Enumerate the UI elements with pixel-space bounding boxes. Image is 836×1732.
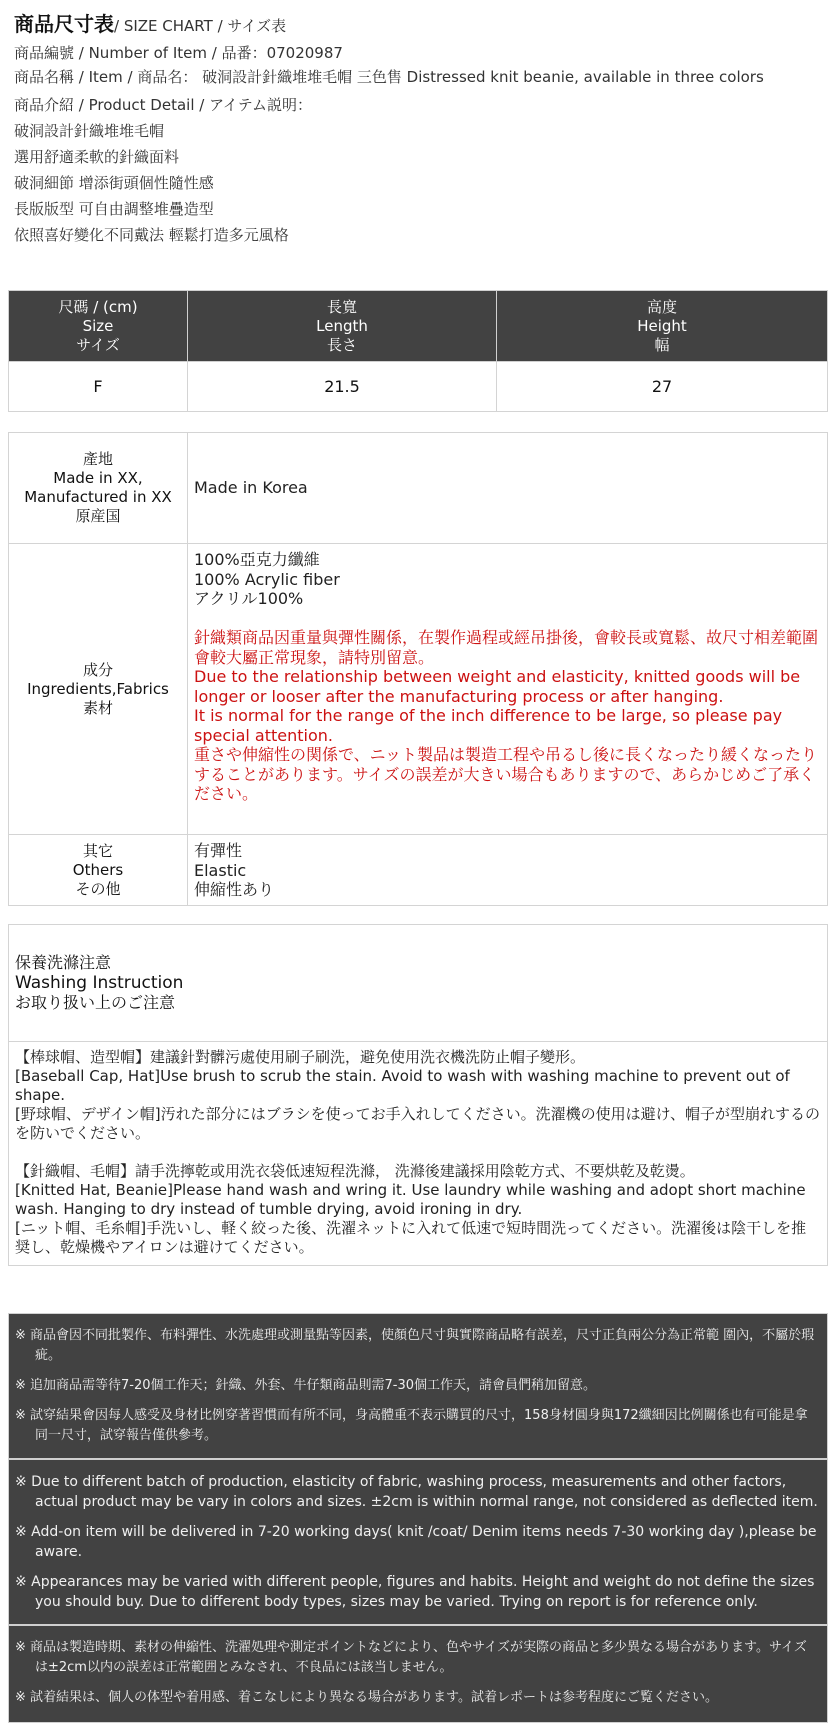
detail-line: 依照喜好變化不同戴法 輕鬆打造多元風格	[14, 222, 824, 248]
table-row: F 21.5 27	[9, 362, 828, 412]
note-item: ※ 商品會因不同批製作、布料彈性、水洗處理或測量點等因素，使顏色尺寸與實際商品略…	[15, 1326, 819, 1366]
header-length: 長寬 Length 長さ	[188, 291, 497, 362]
origin-value: Made in Korea	[188, 433, 828, 544]
origin-label-en: Made in XX, Manufactured in XX	[11, 469, 185, 507]
item-number-value: 07020987	[267, 44, 343, 62]
notes-section-ja: ※ 商品は製造時期、素材の伸縮性、洗濯処理や測定ポイントなどにより、色やサイズが…	[9, 1626, 827, 1722]
knit-instructions: 【針織帽、毛帽】請手洗擰乾或用洗衣袋低速短程洗滌， 洗滌後建議採用陰乾方式、不要…	[15, 1162, 821, 1257]
others-label-en: Others	[11, 861, 185, 880]
header-height-en: Height	[497, 317, 827, 336]
others-label: 其它 Others その他	[9, 835, 188, 906]
cap-instruction-zh: 【棒球帽、造型帽】建議針對髒污處使用刷子刷洗，避免使用洗衣機洗防止帽子變形。	[15, 1048, 821, 1067]
origin-label: 產地 Made in XX, Manufactured in XX 原産国	[9, 433, 188, 544]
title-main: 商品尺寸表	[14, 12, 114, 36]
knit-instruction-zh: 【針織帽、毛帽】請手洗擰乾或用洗衣袋低速短程洗滌， 洗滌後建議採用陰乾方式、不要…	[15, 1162, 821, 1181]
note-item: ※ 試着結果は、個人の体型や着用感、着こなしにより異なる場合があります。試着レポ…	[15, 1688, 819, 1708]
detail-line: 破洞設計針織堆堆毛帽	[14, 118, 824, 144]
size-table: 尺碼 / (cm) Size サイズ 長寬 Length 長さ 高度 Heigh…	[8, 290, 828, 412]
header-length-en: Length	[188, 317, 496, 336]
washing-header-row: 保養洗滌注意 Washing Instruction お取り扱い上のご注意	[9, 925, 828, 1042]
notes-section-zh: ※ 商品會因不同批製作、布料彈性、水洗處理或測量點等因素，使顏色尺寸與實際商品略…	[9, 1314, 827, 1460]
item-number-label: 商品編號 / Number of Item / 品番：	[14, 44, 267, 62]
note-item: ※ 追加商品需等待7-20個工作天；針織、外套、牛仔類商品則需7-30個工作天，…	[15, 1376, 819, 1396]
knit-warning-zh: 針織類商品因重量與彈性關係，在製作過程或經吊掛後，會較長或寬鬆、故尺寸相差範圍會…	[194, 628, 821, 667]
cell-size: F	[9, 362, 188, 412]
cell-length: 21.5	[188, 362, 497, 412]
header-size-zh: 尺碼 / (cm)	[9, 298, 187, 317]
washing-title: 保養洗滌注意 Washing Instruction お取り扱い上のご注意	[9, 925, 828, 1042]
others-value: 有彈性 Elastic 伸縮性あり	[188, 835, 828, 906]
others-label-ja: その他	[11, 880, 185, 899]
product-detail-label: 商品介紹 / Product Detail / アイテム説明：	[14, 92, 824, 118]
detail-line: 選用舒適柔軟的針織面料	[14, 144, 824, 170]
ingredients-label-en: Ingredients,Fabrics	[11, 680, 185, 699]
detail-line: 破洞細節 增添街頭個性隨性感	[14, 170, 824, 196]
elastic-en: Elastic	[194, 861, 821, 881]
ingredients-label-ja: 素材	[11, 699, 185, 718]
header-size-en: Size	[9, 317, 187, 336]
header-size-ja: サイズ	[9, 336, 187, 355]
size-table-header: 尺碼 / (cm) Size サイズ 長寬 Length 長さ 高度 Heigh…	[9, 291, 828, 362]
origin-label-zh: 產地	[11, 450, 185, 469]
knit-instruction-ja: [ニット帽、毛糸帽]手洗いし、軽く絞った後、洗濯ネットに入れて低速で短時間洗って…	[15, 1219, 821, 1257]
knit-warning-en-1: Due to the relationship between weight a…	[194, 667, 821, 706]
washing-title-ja: お取り扱い上のご注意	[15, 993, 821, 1013]
cap-instruction-en: [Baseball Cap, Hat]Use brush to scrub th…	[15, 1067, 821, 1105]
ingredients-label: 成分 Ingredients,Fabrics 素材	[9, 544, 188, 835]
elastic-zh: 有彈性	[194, 841, 821, 861]
note-item: ※ Appearances may be varied with differe…	[15, 1572, 819, 1612]
knit-warning-en-2: It is normal for the range of the inch d…	[194, 706, 821, 745]
item-number: 商品編號 / Number of Item / 品番：07020987	[14, 40, 824, 66]
origin-row: 產地 Made in XX, Manufactured in XX 原産国 Ma…	[9, 433, 828, 544]
notes-box: ※ 商品會因不同批製作、布料彈性、水洗處理或測量點等因素，使顏色尺寸與實際商品略…	[8, 1313, 828, 1723]
note-item: ※ Add-on item will be delivered in 7-20 …	[15, 1522, 819, 1562]
size-chart-title: 商品尺寸表/ SIZE CHART / サイズ表	[14, 10, 824, 40]
item-name-label: 商品名稱 / Item / 商品名：	[14, 68, 197, 86]
origin-label-ja: 原産国	[11, 507, 185, 526]
product-intro: 商品尺寸表/ SIZE CHART / サイズ表 商品編號 / Number o…	[14, 10, 824, 248]
header-height-ja: 幅	[497, 336, 827, 355]
washing-title-en: Washing Instruction	[15, 973, 821, 993]
detail-line: 長版版型 可自由調整堆疊造型	[14, 196, 824, 222]
washing-instruction-table: 保養洗滌注意 Washing Instruction お取り扱い上のご注意 【棒…	[8, 924, 828, 1266]
washing-body-row: 【棒球帽、造型帽】建議針對髒污處使用刷子刷洗，避免使用洗衣機洗防止帽子變形。 […	[9, 1042, 828, 1266]
washing-body: 【棒球帽、造型帽】建議針對髒污處使用刷子刷洗，避免使用洗衣機洗防止帽子變形。 […	[9, 1042, 828, 1266]
header-length-ja: 長さ	[188, 336, 496, 355]
notes-section-en: ※ Due to different batch of production, …	[9, 1460, 827, 1626]
header-size: 尺碼 / (cm) Size サイズ	[9, 291, 188, 362]
note-item: ※ Due to different batch of production, …	[15, 1472, 819, 1512]
note-item: ※ 試穿結果會因每人感受及身材比例穿著習慣而有所不同，身高體重不表示購買的尺寸，…	[15, 1406, 819, 1446]
ingredients-label-zh: 成分	[11, 661, 185, 680]
cap-instructions: 【棒球帽、造型帽】建議針對髒污處使用刷子刷洗，避免使用洗衣機洗防止帽子變形。 […	[15, 1048, 821, 1143]
header-length-zh: 長寬	[188, 298, 496, 317]
header-height: 高度 Height 幅	[497, 291, 828, 362]
knit-warning-ja: 重さや伸縮性の関係で、ニット製品は製造工程や吊るし後に長くなったり緩くなったりす…	[194, 745, 821, 804]
item-name-value: 破洞設計針織堆堆毛帽 三色售 Distressed knit beanie, a…	[202, 68, 764, 86]
washing-title-zh: 保養洗滌注意	[15, 953, 821, 973]
elastic-ja: 伸縮性あり	[194, 880, 821, 900]
fabric-zh: 100%亞克力纖維	[194, 550, 821, 570]
item-name: 商品名稱 / Item / 商品名： 破洞設計針織堆堆毛帽 三色售 Distre…	[14, 66, 824, 88]
ingredients-row: 成分 Ingredients,Fabrics 素材 100%亞克力纖維 100%…	[9, 544, 828, 835]
title-rest: / SIZE CHART / サイズ表	[114, 17, 286, 35]
fabric-en: 100% Acrylic fiber	[194, 570, 821, 590]
header-height-zh: 高度	[497, 298, 827, 317]
knit-instruction-en: [Knitted Hat, Beanie]Please hand wash an…	[15, 1181, 821, 1219]
others-label-zh: 其它	[11, 842, 185, 861]
info-table: 產地 Made in XX, Manufactured in XX 原産国 Ma…	[8, 432, 828, 906]
note-item: ※ 商品は製造時期、素材の伸縮性、洗濯処理や測定ポイントなどにより、色やサイズが…	[15, 1638, 819, 1678]
cell-height: 27	[497, 362, 828, 412]
cap-instruction-ja: [野球帽、デザイン帽]汚れた部分にはブラシを使ってお手入れしてください。洗濯機の…	[15, 1105, 821, 1143]
fabric-ja: アクリル100%	[194, 589, 821, 609]
ingredients-value: 100%亞克力纖維 100% Acrylic fiber アクリル100% 針織…	[188, 544, 828, 835]
others-row: 其它 Others その他 有彈性 Elastic 伸縮性あり	[9, 835, 828, 906]
